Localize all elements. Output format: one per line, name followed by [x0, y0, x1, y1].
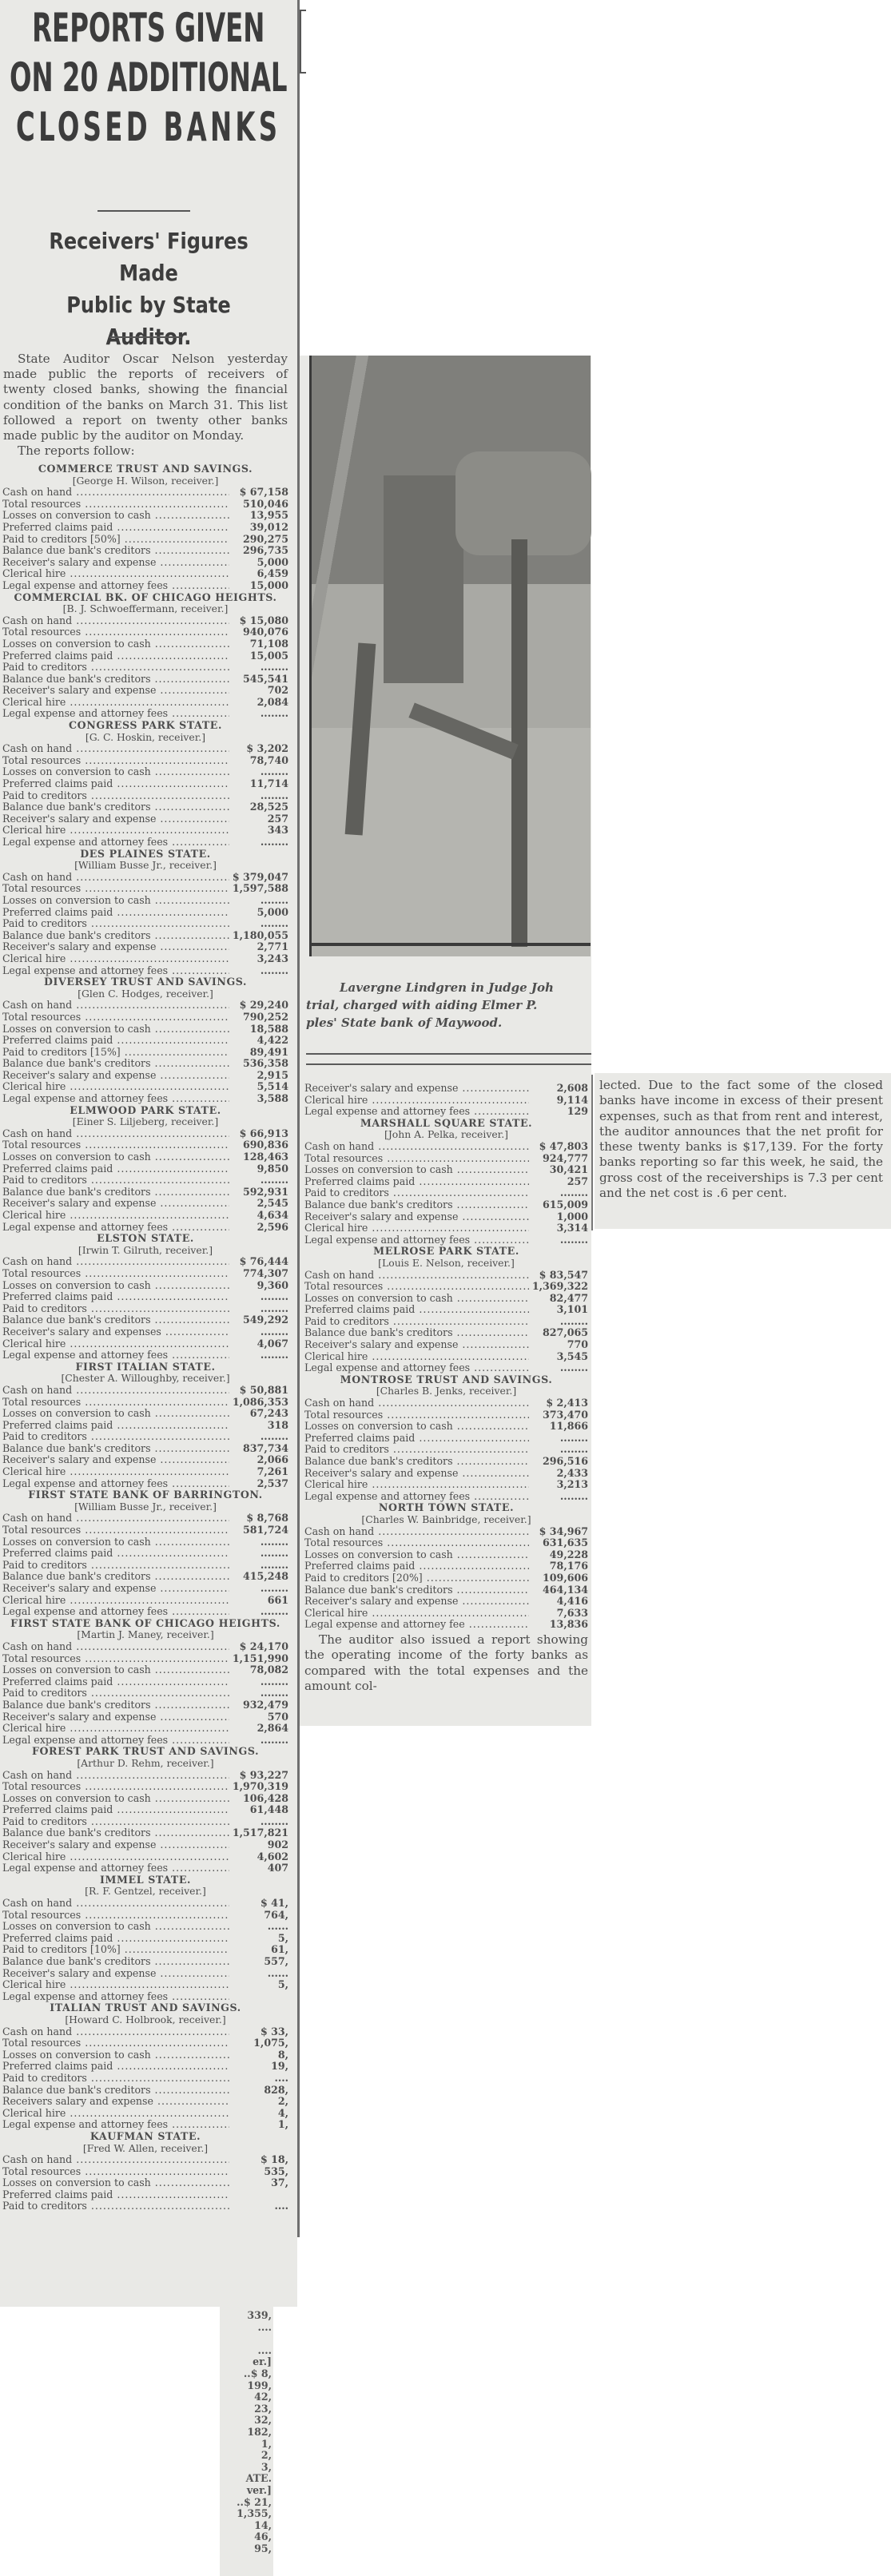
fragment-value: ATE.: [220, 2473, 272, 2485]
report-line-item: Receiver's salary and expense770: [304, 1339, 588, 1351]
fragment-value: ..$ 8,: [220, 2368, 272, 2380]
bank-name: FIRST STATE BANK OF CHICAGO HEIGHTS.: [2, 1618, 288, 1630]
line-item-label: Clerical hire: [2, 1595, 229, 1607]
line-item-label: Receiver's salary and expense: [2, 557, 229, 569]
line-item-value: ........: [229, 662, 288, 674]
line-item-value: $ 41,: [229, 1898, 288, 1910]
report-line-item: Receiver's salary and expense2,915: [2, 1070, 288, 1082]
report-line-item: Losses on conversion to cash18,588: [2, 1024, 288, 1036]
report-line-item: Clerical hire5,514: [2, 1081, 288, 1093]
report-line-item: Losses on conversion to cash11,866: [304, 1421, 588, 1433]
line-item-value: 1,369,322: [529, 1281, 588, 1293]
news-photo: [309, 356, 591, 956]
line-item-label: Total resources: [2, 1910, 229, 1922]
line-item-value: 296,516: [529, 1456, 588, 1468]
lede-paragraph: State Auditor Oscar Nelson yesterday mad…: [3, 352, 288, 459]
line-item-label: Paid to creditors [10%]: [2, 1944, 229, 1956]
line-item-value: 2,537: [229, 1478, 288, 1490]
report-line-item: Losses on conversion to cash128,463: [2, 1151, 288, 1163]
report-line-item: Cash on hand$ 93,227: [2, 1770, 288, 1782]
line-item-value: 11,866: [529, 1421, 588, 1433]
bank-report: MONTROSE TRUST AND SAVINGS.[Charles B. J…: [304, 1374, 588, 1503]
line-item-value: 545,541: [229, 674, 288, 686]
line-item-value: 1,180,055: [229, 930, 288, 942]
line-item-value: 5,000: [229, 907, 288, 919]
line-item-value: ........: [229, 1606, 288, 1618]
line-item-value: 837,734: [229, 1443, 288, 1455]
bank-report: KAUFMAN STATE.[Fred W. Allen, receiver.]…: [2, 2131, 288, 2212]
line-item-value: 78,176: [529, 1560, 588, 1572]
bank-report: FIRST STATE BANK OF CHICAGO HEIGHTS.[Mar…: [2, 1618, 288, 1747]
report-line-item: Cash on hand$ 3,202: [2, 743, 288, 755]
line-item-value: ........: [529, 1491, 588, 1503]
line-item-value: ........: [529, 1362, 588, 1374]
line-item-label: Preferred claims paid: [304, 1176, 529, 1188]
line-item-value: ........: [229, 965, 288, 977]
line-item-value: ........: [229, 1816, 288, 1828]
report-line-item: Cash on hand$ 47,803: [304, 1141, 588, 1153]
line-item-value: $ 33,: [229, 2026, 288, 2038]
line-item-value: ....: [229, 2073, 288, 2085]
line-item-value: 18,588: [229, 1024, 288, 1036]
line-item-value: $ 93,227: [229, 1770, 288, 1782]
report-line-item: Losses on conversion to cash........: [2, 1536, 288, 1548]
report-line-item: Receiver's salary and expenses........: [2, 1326, 288, 1338]
line-item-label: Balance due bank's creditors: [2, 1956, 229, 1968]
line-item-value: 343: [229, 825, 288, 837]
line-item-value: 615,009: [529, 1199, 588, 1211]
receiver-name: [G. C. Hoskin, receiver.]: [2, 732, 288, 744]
receiver-name: [Arthur D. Rehm, receiver.]: [2, 1758, 288, 1770]
line-item-value: 510,046: [229, 499, 288, 511]
line-item-label: Paid to creditors: [2, 1688, 229, 1699]
line-item-label: Total resources: [2, 755, 229, 767]
line-item-label: Cash on hand: [304, 1270, 529, 1282]
line-item-label: Paid to creditors [20%]: [304, 1572, 529, 1584]
report-line-item: Total resources940,076: [2, 626, 288, 638]
line-item-label: Cash on hand: [304, 1526, 529, 1538]
line-item-value: 3,243: [229, 953, 288, 965]
bank-report: CONGRESS PARK STATE.[G. C. Hoskin, recei…: [2, 720, 288, 849]
line-item-label: Receiver's salary and expense: [2, 1454, 229, 1466]
receiver-name: [Charles B. Jenks, receiver.]: [304, 1385, 588, 1397]
line-item-label: Total resources: [2, 883, 229, 895]
line-item-label: Cash on hand: [2, 1128, 229, 1140]
report-line-item: Cash on hand$ 41,: [2, 1898, 288, 1910]
report-line-item: Preferred claims paid257: [304, 1176, 588, 1188]
line-item-label: Clerical hire: [304, 1479, 529, 1491]
left-column: REPORTS GIVEN ON 20 ADDITIONAL CLOSED BA…: [0, 0, 297, 2307]
line-item-label: Cash on hand: [2, 1898, 229, 1910]
line-item-value: 128,463: [229, 1151, 288, 1163]
report-line-item: Receiver's salary and expense4,416: [304, 1596, 588, 1608]
line-item-value: 13,955: [229, 510, 288, 522]
report-line-item: Receiver's salary and expense2,545: [2, 1198, 288, 1210]
report-line-item: Total resources774,307: [2, 1268, 288, 1280]
report-line-item: Legal expense and attorney fees407: [2, 1862, 288, 1874]
receiver-name: [Fred W. Allen, receiver.]: [2, 2143, 288, 2155]
report-line-item: Paid to creditors........: [2, 1560, 288, 1572]
line-item-label: Balance due bank's creditors: [2, 545, 229, 557]
continuation-text: lected. Due to the fact some of the clos…: [599, 1078, 883, 1201]
bank-report: ELMWOOD PARK STATE.[Einer S. Liljeberg, …: [2, 1105, 288, 1234]
report-line-item: Preferred claims paid........: [304, 1433, 588, 1445]
report-line-item: Legal expense and attorney fee13,836: [304, 1619, 588, 1631]
subheadline: Receivers' Figures Made Public by State …: [21, 225, 276, 353]
report-line-item: Cash on hand$ 33,: [2, 2026, 288, 2038]
report-line-item: Balance due bank's creditors28,525: [2, 801, 288, 813]
line-item-value: $ 83,547: [529, 1270, 588, 1282]
line-item-label: Receivers salary and expense: [2, 2096, 229, 2108]
line-item-value: 15,000: [229, 580, 288, 592]
headline-line: CLOSED BANKS: [0, 102, 297, 152]
line-item-label: Receiver's salary and expense: [2, 1070, 229, 1082]
report-line-item: Total resources924,777: [304, 1153, 588, 1165]
report-line-item: Cash on hand$ 8,768: [2, 1513, 288, 1525]
line-item-label: Legal expense and attorney fees: [2, 1735, 229, 1747]
line-item-label: Legal expense and attorney fees: [304, 1106, 529, 1118]
line-item-label: Paid to creditors [15%]: [2, 1047, 229, 1059]
line-item-label: Legal expense and attorney fees: [2, 1222, 229, 1234]
subheadline-divider: [109, 336, 181, 338]
line-item-value: 1,000: [529, 1211, 588, 1223]
line-item-value: 67,243: [229, 1408, 288, 1420]
report-line-item: Preferred claims paid3,101: [304, 1304, 588, 1316]
report-line-item: Losses on conversion to cash......: [2, 1921, 288, 1933]
report-line-item: Total resources764,: [2, 1910, 288, 1922]
line-item-label: Preferred claims paid: [2, 1163, 229, 1175]
line-item-value: 5,514: [229, 1081, 288, 1093]
report-line-item: Paid to creditors........: [2, 662, 288, 674]
report-line-item: Total resources1,597,588: [2, 883, 288, 895]
line-item-value: 129: [529, 1106, 588, 1118]
report-line-item: Preferred claims paid4,422: [2, 1035, 288, 1047]
line-item-label: Cash on hand: [2, 872, 229, 884]
line-item-value: [229, 1991, 288, 2003]
report-line-item: Paid to creditors [50%]290,275: [2, 534, 288, 546]
line-item-label: Receiver's salary and expense: [2, 1839, 229, 1851]
line-item-value: ........: [229, 708, 288, 720]
line-item-value: 924,777: [529, 1153, 588, 1165]
line-item-value: 61,448: [229, 1804, 288, 1816]
caption-rule: [306, 1063, 591, 1065]
fragment-value: 46,: [220, 2531, 272, 2543]
report-line-item: Receiver's salary and expense2,608: [304, 1083, 588, 1095]
report-line-item: Clerical hire3,314: [304, 1222, 588, 1234]
line-item-value: 2,545: [229, 1198, 288, 1210]
report-line-item: Losses on conversion to cash106,428: [2, 1793, 288, 1805]
line-item-label: Total resources: [304, 1153, 529, 1165]
line-item-label: Clerical hire: [2, 568, 229, 580]
line-item-label: Total resources: [2, 626, 229, 638]
report-line-item: Total resources1,970,319: [2, 1781, 288, 1793]
line-item-label: Cash on hand: [304, 1141, 529, 1153]
subheadline-line: Public by State Auditor.: [21, 289, 276, 353]
report-line-item: Balance due bank's creditors1,517,821: [2, 1827, 288, 1839]
report-line-item: Preferred claims paid........: [2, 1291, 288, 1303]
line-item-value: 4,422: [229, 1035, 288, 1047]
report-line-item: Legal expense and attorney fees........: [2, 1735, 288, 1747]
line-item-label: Total resources: [2, 1525, 229, 1536]
line-item-label: Losses on conversion to cash: [2, 1408, 229, 1420]
report-line-item: Balance due bank's creditors932,479: [2, 1699, 288, 1711]
line-item-label: Legal expense and attorney fees: [2, 1991, 229, 2003]
line-item-label: Cash on hand: [2, 1256, 229, 1268]
report-line-item: Balance due bank's creditors557,: [2, 1956, 288, 1968]
line-item-label: Paid to creditors: [2, 1175, 229, 1187]
line-item-label: Balance due bank's creditors: [2, 801, 229, 813]
line-item-label: Receiver's salary and expense: [304, 1211, 529, 1223]
report-line-item: Legal expense and attorney fees........: [2, 1606, 288, 1618]
line-item-value: $ 67,158: [229, 487, 288, 499]
line-item-label: Paid to creditors: [2, 1303, 229, 1315]
line-item-label: Balance due bank's creditors: [2, 2085, 229, 2097]
report-line-item: Receivers salary and expense2,: [2, 2096, 288, 2108]
line-item-value: 15,005: [229, 650, 288, 662]
line-item-label: Losses on conversion to cash: [2, 766, 229, 778]
line-item-label: Receiver's salary and expense: [2, 1198, 229, 1210]
report-line-item: Balance due bank's creditors296,516: [304, 1456, 588, 1468]
line-item-value: ........: [229, 1291, 288, 1303]
line-item-value: $ 50,881: [229, 1385, 288, 1397]
line-item-value: 2,084: [229, 697, 288, 709]
fragment-value: 199,: [220, 2380, 272, 2392]
report-line-item: Balance due bank's creditors837,734: [2, 1443, 288, 1455]
line-item-label: Losses on conversion to cash: [2, 1921, 229, 1933]
line-item-label: Receiver's salary and expense: [304, 1468, 529, 1480]
line-item-label: Legal expense and attorney fees: [2, 2119, 229, 2131]
report-line-item: Legal expense and attorney fees3,588: [2, 1093, 288, 1105]
line-item-label: Losses on conversion to cash: [2, 1793, 229, 1805]
bank-name: ITALIAN TRUST AND SAVINGS.: [2, 2002, 288, 2014]
line-item-label: Clerical hire: [2, 1210, 229, 1222]
line-item-label: Receiver's salary and expenses: [2, 1326, 229, 1338]
line-item-value: 61,: [229, 1944, 288, 1956]
line-item-label: Balance due bank's creditors: [2, 1314, 229, 1326]
line-item-label: Losses on conversion to cash: [304, 1549, 529, 1561]
line-item-label: Preferred claims paid: [2, 2189, 229, 2201]
line-item-value: 902: [229, 1839, 288, 1851]
report-line-item: Clerical hire2,084: [2, 697, 288, 709]
report-line-item: Balance due bank's creditors827,065: [304, 1327, 588, 1339]
line-item-label: Preferred claims paid: [2, 1676, 229, 1688]
report-line-item: Legal expense and attorney fees........: [2, 837, 288, 849]
line-item-label: Total resources: [2, 1268, 229, 1280]
line-item-label: Cash on hand: [2, 1385, 229, 1397]
fragment-value: 14,: [220, 2520, 272, 2532]
line-item-value: 3,588: [229, 1093, 288, 1105]
line-item-value: 592,931: [229, 1187, 288, 1199]
lede-follow-text: The reports follow:: [3, 443, 288, 459]
line-item-label: Preferred claims paid: [2, 650, 229, 662]
fragment-value: [220, 2333, 272, 2345]
line-item-label: Clerical hire: [304, 1222, 529, 1234]
line-item-label: Receiver's salary and expense: [304, 1083, 529, 1095]
line-item-label: Legal expense and attorney fees: [2, 1606, 229, 1618]
report-line-item: Paid to creditors....: [2, 2200, 288, 2212]
fragment-value: ....: [220, 2345, 272, 2357]
report-line-item: Total resources510,046: [2, 499, 288, 511]
line-item-label: Cash on hand: [304, 1397, 529, 1409]
line-item-value: ........: [229, 1560, 288, 1572]
line-item-label: Losses on conversion to cash: [2, 1024, 229, 1036]
line-item-label: Total resources: [2, 1653, 229, 1665]
line-item-label: Total resources: [304, 1537, 529, 1549]
fragment-value: 1,355,: [220, 2508, 272, 2520]
report-line-item: Total resources631,635: [304, 1537, 588, 1549]
report-line-item: Cash on hand$ 50,881: [2, 1385, 288, 1397]
report-line-item: Total resources790,252: [2, 1012, 288, 1024]
receiver-name: [John A. Pelka, receiver.]: [304, 1129, 588, 1141]
bank-name: DIVERSEY TRUST AND SAVINGS.: [2, 976, 288, 988]
bank-name: FIRST ITALIAN STATE.: [2, 1362, 288, 1373]
report-line-item: Losses on conversion to cash78,082: [2, 1664, 288, 1676]
bank-report: NORTH TOWN STATE.[Charles W. Bainbridge,…: [304, 1502, 588, 1631]
line-item-label: Cash on hand: [2, 1513, 229, 1525]
receiver-name: [Chester A. Willoughby, receiver.]: [2, 1373, 288, 1385]
line-item-label: Preferred claims paid: [2, 1291, 229, 1303]
line-item-value: 1,075,: [229, 2037, 288, 2049]
report-line-item: Receiver's salary and expense2,771: [2, 941, 288, 953]
report-line-item: Cash on hand$ 29,240: [2, 1000, 288, 1012]
report-line-item: Clerical hire6,459: [2, 568, 288, 580]
line-item-label: Preferred claims paid: [2, 1933, 229, 1945]
report-line-item: Legal expense and attorney fees15,000: [2, 580, 288, 592]
line-item-value: 7,633: [529, 1608, 588, 1620]
line-item-value: 690,836: [229, 1139, 288, 1151]
line-item-label: Balance due bank's creditors: [2, 1571, 229, 1583]
report-line-item: Total resources690,836: [2, 1139, 288, 1151]
line-item-value: 774,307: [229, 1268, 288, 1280]
line-item-label: Paid to creditors: [2, 1431, 229, 1443]
report-line-item: Cash on hand$ 24,170: [2, 1641, 288, 1653]
line-item-value: 581,724: [229, 1525, 288, 1536]
line-item-label: Total resources: [2, 1012, 229, 1024]
report-line-item: Preferred claims paid11,714: [2, 778, 288, 790]
line-item-value: 2,596: [229, 1222, 288, 1234]
report-line-item: Losses on conversion to cash49,228: [304, 1549, 588, 1561]
report-line-item: Receiver's salary and expense702: [2, 685, 288, 697]
report-line-item: Clerical hire4,634: [2, 1210, 288, 1222]
line-item-value: 790,252: [229, 1012, 288, 1024]
line-item-label: Balance due bank's creditors: [2, 674, 229, 686]
right-column-fragment: lected. Due to the fact some of the clos…: [595, 1073, 891, 1229]
report-line-item: Cash on hand$ 34,967: [304, 1526, 588, 1538]
report-line-item: Paid to creditors........: [2, 790, 288, 802]
report-line-item: Cash on hand$ 67,158: [2, 487, 288, 499]
receiver-name: [R. F. Gentzel, receiver.]: [2, 1886, 288, 1898]
line-item-value: 764,: [229, 1910, 288, 1922]
line-item-label: Balance due bank's creditors: [2, 1187, 229, 1199]
middle-column: Receiver's salary and expense2,608Cleric…: [300, 1075, 591, 1726]
line-item-value: ........: [229, 1688, 288, 1699]
line-item-label: Receiver's salary and expense: [2, 685, 229, 697]
line-item-value: ........: [529, 1187, 588, 1199]
line-item-label: Total resources: [304, 1409, 529, 1421]
line-item-value: 9,850: [229, 1163, 288, 1175]
line-item-label: Receiver's salary and expense: [2, 1583, 229, 1595]
report-line-item: Balance due bank's creditors545,541: [2, 674, 288, 686]
bank-report: FIRST STATE BANK OF BARRINGTON.[William …: [2, 1489, 288, 1618]
receiver-name: [William Busse Jr., receiver.]: [2, 1501, 288, 1513]
report-line-item: Balance due bank's creditors415,248: [2, 1571, 288, 1583]
fragment-value: 95,: [220, 2543, 272, 2555]
line-item-value: 1,086,353: [229, 1397, 288, 1409]
fragment-value: ver.]: [220, 2485, 272, 2497]
line-item-value: ........: [229, 1303, 288, 1315]
line-item-value: 536,358: [229, 1058, 288, 1070]
line-item-value: $ 15,080: [229, 615, 288, 627]
report-line-item: Receiver's salary and expense1,000: [304, 1211, 588, 1223]
report-line-item: Receiver's salary and expense257: [2, 813, 288, 825]
report-line-item: Legal expense and attorney fees........: [304, 1362, 588, 1374]
report-line-item: Legal expense and attorney fees........: [2, 708, 288, 720]
line-item-label: Legal expense and attorney fees: [2, 708, 229, 720]
line-item-label: Losses on conversion to cash: [2, 1280, 229, 1292]
line-item-label: Paid to creditors [50%]: [2, 534, 229, 546]
report-line-item: Preferred claims paid39,012: [2, 522, 288, 534]
report-line-item: Legal expense and attorney fees........: [2, 1350, 288, 1362]
report-line-item: Preferred claims paid318: [2, 1420, 288, 1432]
report-line-item: Losses on conversion to cash........: [2, 766, 288, 778]
report-line-item: Preferred claims paid78,176: [304, 1560, 588, 1572]
adjacent-box-edge: [300, 10, 306, 74]
report-line-item: Cash on hand$ 66,913: [2, 1128, 288, 1140]
bank-report: IMMEL STATE.[R. F. Gentzel, receiver.]Ca…: [2, 1874, 288, 2003]
bank-report: ITALIAN TRUST AND SAVINGS.[Howard C. Hol…: [2, 2002, 288, 2131]
report-line-item: Clerical hire3,545: [304, 1351, 588, 1363]
line-item-label: Preferred claims paid: [304, 1304, 529, 1316]
line-item-value: 4,634: [229, 1210, 288, 1222]
line-item-label: Legal expense and attorney fees: [304, 1362, 529, 1374]
line-item-label: Legal expense and attorney fees: [304, 1491, 529, 1503]
report-line-item: Total resources1,369,322: [304, 1281, 588, 1293]
line-item-label: Clerical hire: [2, 1338, 229, 1350]
caption-rule: [306, 1053, 591, 1055]
fragment-value: 3,: [220, 2462, 272, 2474]
line-item-label: Paid to creditors: [2, 662, 229, 674]
bank-report: COMMERCE TRUST AND SAVINGS.[George H. Wi…: [2, 463, 288, 592]
line-item-label: Total resources: [2, 1397, 229, 1409]
report-line-item: Clerical hire4,067: [2, 1338, 288, 1350]
bank-name: CONGRESS PARK STATE.: [2, 720, 288, 732]
report-line-item: Paid to creditors........: [2, 1175, 288, 1187]
line-item-label: Cash on hand: [2, 1641, 229, 1653]
line-item-label: Balance due bank's creditors: [2, 930, 229, 942]
line-item-value: 3,314: [529, 1222, 588, 1234]
line-item-value: 9,114: [529, 1095, 588, 1107]
report-line-item: Balance due bank's creditors828,: [2, 2085, 288, 2097]
report-line-item: Cash on hand$ 2,413: [304, 1397, 588, 1409]
bank-name: IMMEL STATE.: [2, 1874, 288, 1886]
line-item-label: Cash on hand: [2, 487, 229, 499]
line-item-value: 78,740: [229, 755, 288, 767]
line-item-label: Legal expense and attorney fees: [2, 1478, 229, 1490]
line-item-value: 290,275: [229, 534, 288, 546]
line-item-value: 30,421: [529, 1164, 588, 1176]
report-line-item: Legal expense and attorney fees2,537: [2, 1478, 288, 1490]
report-line-item: Losses on conversion to cash9,360: [2, 1280, 288, 1292]
report-line-item: Balance due bank's creditors592,931: [2, 1187, 288, 1199]
line-item-value: 5,: [229, 1933, 288, 1945]
line-item-value: 3,213: [529, 1479, 588, 1491]
report-line-item: Balance due bank's creditors1,180,055: [2, 930, 288, 942]
line-item-value: 1,970,319: [229, 1781, 288, 1793]
caption-line: ples' State bank of Maywood.: [306, 1014, 594, 1032]
line-item-label: Receiver's salary and expense: [2, 813, 229, 825]
report-line-item: Balance due bank's creditors549,292: [2, 1314, 288, 1326]
receiver-name: [Charles W. Bainbridge, receiver.]: [304, 1514, 588, 1526]
